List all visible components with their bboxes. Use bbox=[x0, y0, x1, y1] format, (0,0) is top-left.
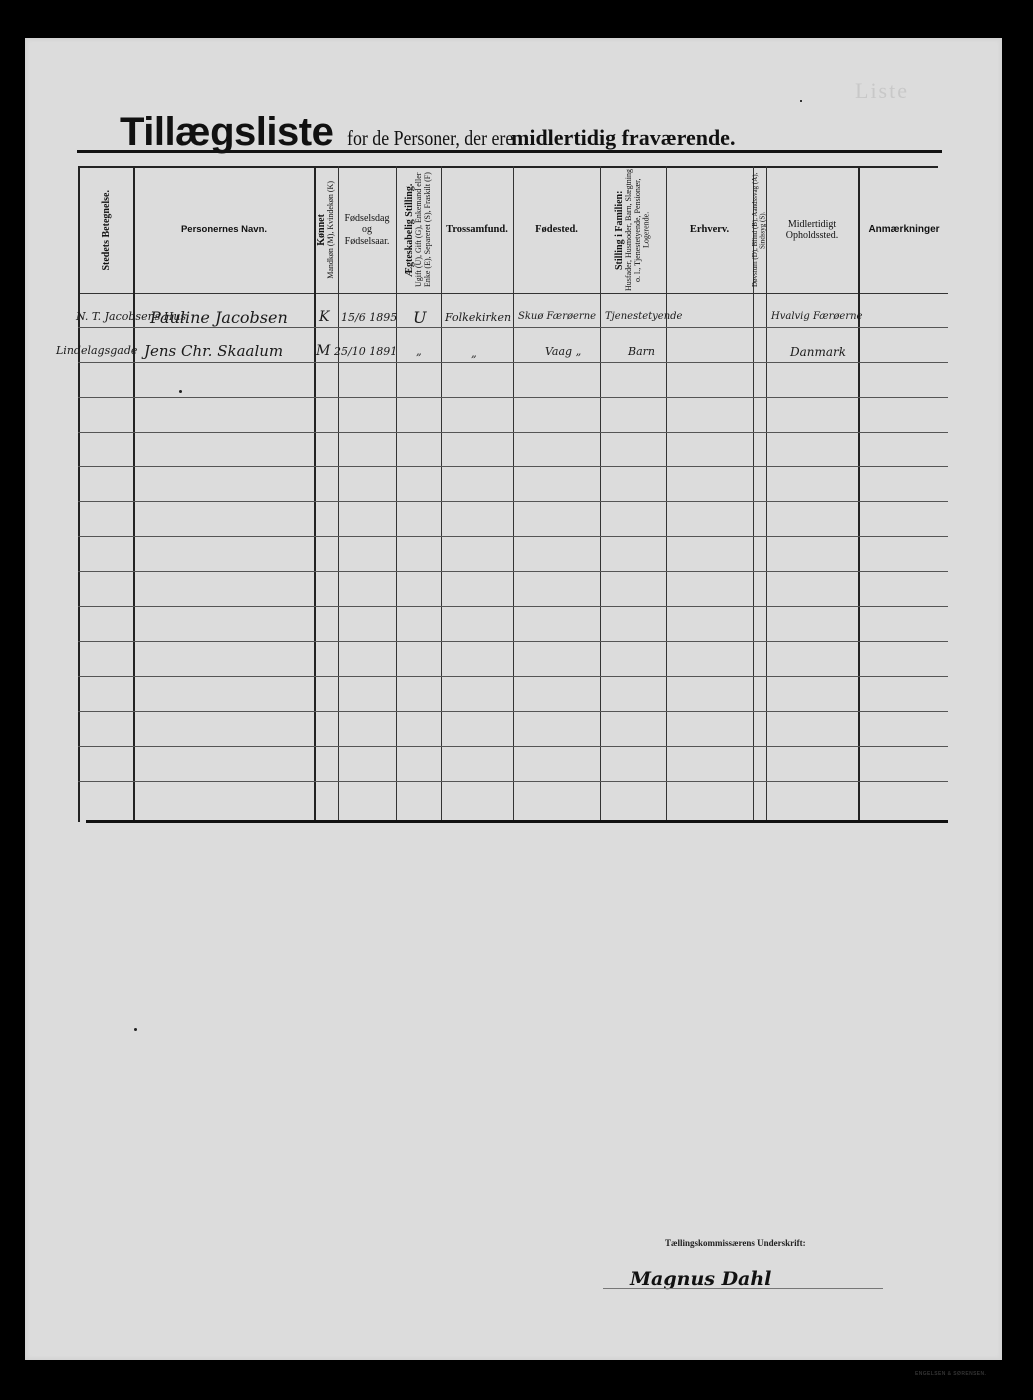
header-personernes-navn: Personernes Navn. bbox=[135, 168, 313, 292]
title-bold: midlertidig fraværende. bbox=[511, 125, 735, 151]
speck-mark bbox=[800, 100, 802, 102]
header-trossamfund: Trossamfund. bbox=[442, 168, 512, 292]
ink-dot bbox=[179, 390, 182, 393]
title-rule bbox=[77, 150, 942, 153]
row1-familie: Tjenestetyende bbox=[605, 311, 682, 322]
row2-navn: Jens Chr. Skaalum bbox=[144, 342, 283, 360]
row2-trossamfund: „ bbox=[471, 347, 477, 360]
row2-fodsel: 25/10 1891 bbox=[334, 345, 397, 358]
census-table: Stedets Betegnelse. Personernes Navn. Kø… bbox=[78, 166, 948, 822]
signature: Magnus Dahl bbox=[630, 1268, 771, 1290]
row2-familie: Barn bbox=[628, 345, 655, 358]
header-midlertidigt-opholdssted: Midlertidigt Opholdssted. bbox=[767, 168, 857, 292]
signature-line bbox=[603, 1288, 883, 1289]
row1-fodested: Skuø Færøerne bbox=[518, 311, 596, 322]
page-title: Tillægsliste for de Personer, der ere mi… bbox=[120, 110, 950, 155]
row1-kjon: K bbox=[319, 309, 329, 325]
header-fodselsdag: Fødselsdag og Fødselsaar. bbox=[339, 168, 395, 292]
row1-stilling: U bbox=[413, 308, 426, 327]
row2-kjon: M bbox=[316, 343, 330, 359]
census-form-page: Liste Tillægsliste for de Personer, der … bbox=[25, 38, 1002, 1360]
row1-opholdssted: Hvalvig Færøerne bbox=[771, 311, 862, 322]
faint-stamp: Liste bbox=[855, 78, 909, 104]
printer-mark: ENGELSEN & SØRENSEN. bbox=[915, 1371, 986, 1377]
table-bottom-rule bbox=[86, 820, 948, 823]
header-anmaerkninger: Anmærkninger bbox=[860, 168, 948, 292]
header-konnet: KønnetMandkøn (M), Kvindekøn (K) bbox=[315, 168, 337, 292]
header-dovstum: Døvstum (D), Blind (B), Aandssvag (A), S… bbox=[754, 168, 766, 292]
row2-opholdssted: Danmark bbox=[790, 345, 846, 359]
title-middle: for de Personer, der ere bbox=[347, 126, 513, 151]
row1-navn: Pauline Jacobsen bbox=[150, 308, 288, 327]
header-fodested: Fødested. bbox=[514, 168, 599, 292]
row1-fodsel: 15/6 1895 bbox=[341, 311, 397, 324]
row1-trossamfund: Folkekirken bbox=[445, 311, 511, 324]
header-stedets-betegnelse: Stedets Betegnelse. bbox=[80, 168, 132, 292]
header-stilling-i-familien: Stilling i Familien:Husfader, Husmoder, … bbox=[601, 168, 665, 292]
header-erhverv: Erhverv. bbox=[667, 168, 752, 292]
row2-stilling: „ bbox=[416, 345, 422, 358]
ink-dot bbox=[134, 1028, 137, 1031]
signature-label: Tællingskommissærens Underskrift: bbox=[665, 1238, 806, 1248]
row2-fodested: Vaag „ bbox=[545, 345, 581, 358]
row2-stedets-betegnelse: Lindelagsgade bbox=[56, 344, 137, 357]
title-large: Tillægsliste bbox=[120, 110, 333, 154]
header-aegteskabelig-stilling: Ægteskabelig Stilling.Ugift (U), Gift (G… bbox=[397, 168, 440, 292]
